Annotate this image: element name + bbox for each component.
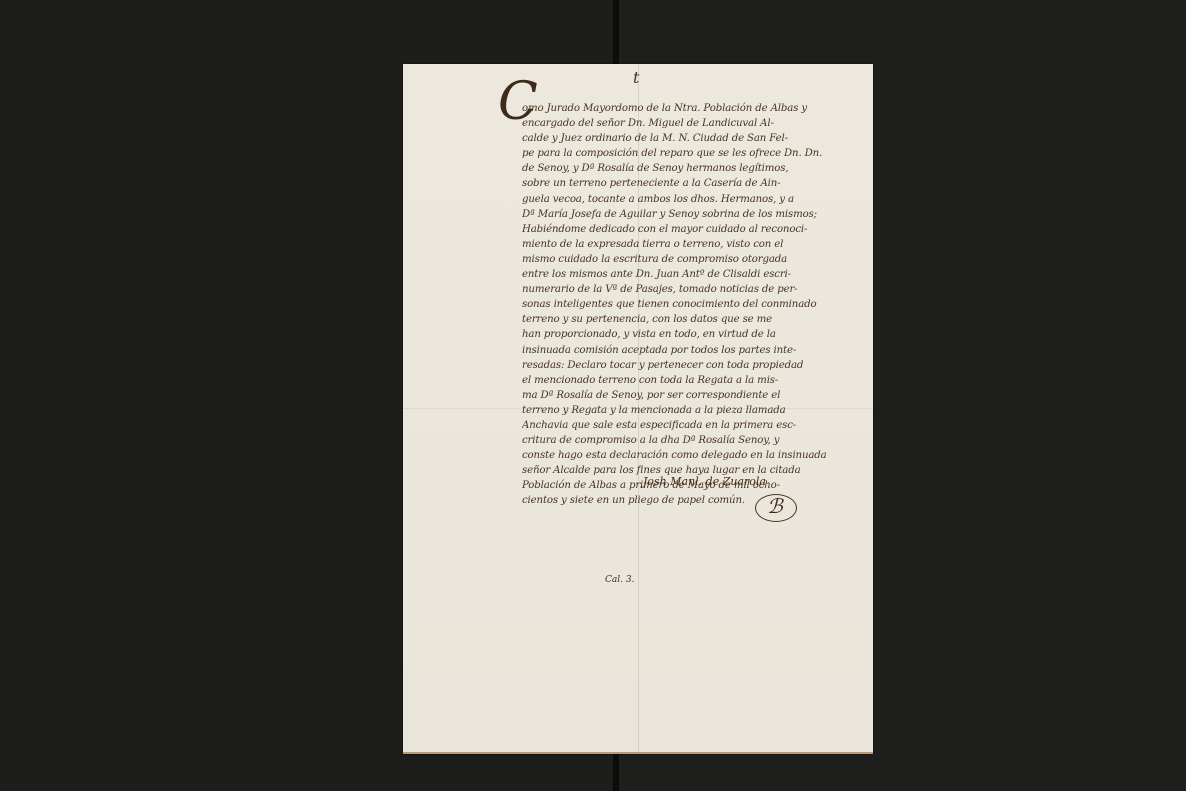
text-line: miento de la expresada tierra o terreno,… [522,237,872,252]
text-line: resadas: Declaro tocar y pertenecer con … [522,358,872,373]
text-line: Dª María Josefa de Aguilar y Senoy sobri… [522,207,872,222]
manuscript-body: omo Jurado Mayordomo de la Ntra. Poblaci… [522,101,872,509]
rubric-flourish-icon: ℬ [767,494,783,518]
text-line: numerario de la Vª de Pasajes, tomado no… [522,282,872,297]
text-line: encargado del señor Dn. Miguel de Landic… [522,116,872,131]
text-line: conste hago esta declaración como delega… [522,448,872,463]
bottom-note: Cal. 3. [605,575,634,585]
text-line: Habiéndome dedicado con el mayor cuidado… [522,222,872,237]
text-line: ma Dª Rosalía de Senoy, por ser correspo… [522,388,872,403]
text-line: insinuada comisión aceptada por todos lo… [522,343,872,358]
manuscript-page: t C omo Jurado Mayordomo de la Ntra. Pob… [403,64,873,754]
text-line: sonas inteligentes que tienen conocimien… [522,297,872,312]
signature-name: Josh Manl. de Zuarola [643,475,766,488]
text-line: terreno y Regata y la mencionada a la pi… [522,403,872,418]
text-line: guela vecoa, tocante a ambos los dhos. H… [522,192,872,207]
text-line: Anchavia que sale esta especificada en l… [522,418,872,433]
text-line: cientos y siete en un pliego de papel co… [522,493,872,508]
text-line: de Senoy, y Dª Rosalía de Senoy hermanos… [522,161,872,176]
text-line: calde y Juez ordinario de la M. N. Ciuda… [522,131,872,146]
text-line: mismo cuidado la escritura de compromiso… [522,252,872,267]
text-line: critura de compromiso a la dha Dª Rosalí… [522,433,872,448]
text-line: terreno y su pertenencia, con los datos … [522,312,872,327]
text-line: pe para la composición del reparo que se… [522,146,872,161]
folio-mark: t [633,68,639,87]
text-line: entre los mismos ante Dn. Juan Antº de C… [522,267,872,282]
text-line: sobre un terreno perteneciente a la Case… [522,176,872,191]
text-line: han proporcionado, y vista en todo, en v… [522,327,872,342]
text-line: omo Jurado Mayordomo de la Ntra. Poblaci… [522,101,872,116]
text-line: el mencionado terreno con toda la Regata… [522,373,872,388]
